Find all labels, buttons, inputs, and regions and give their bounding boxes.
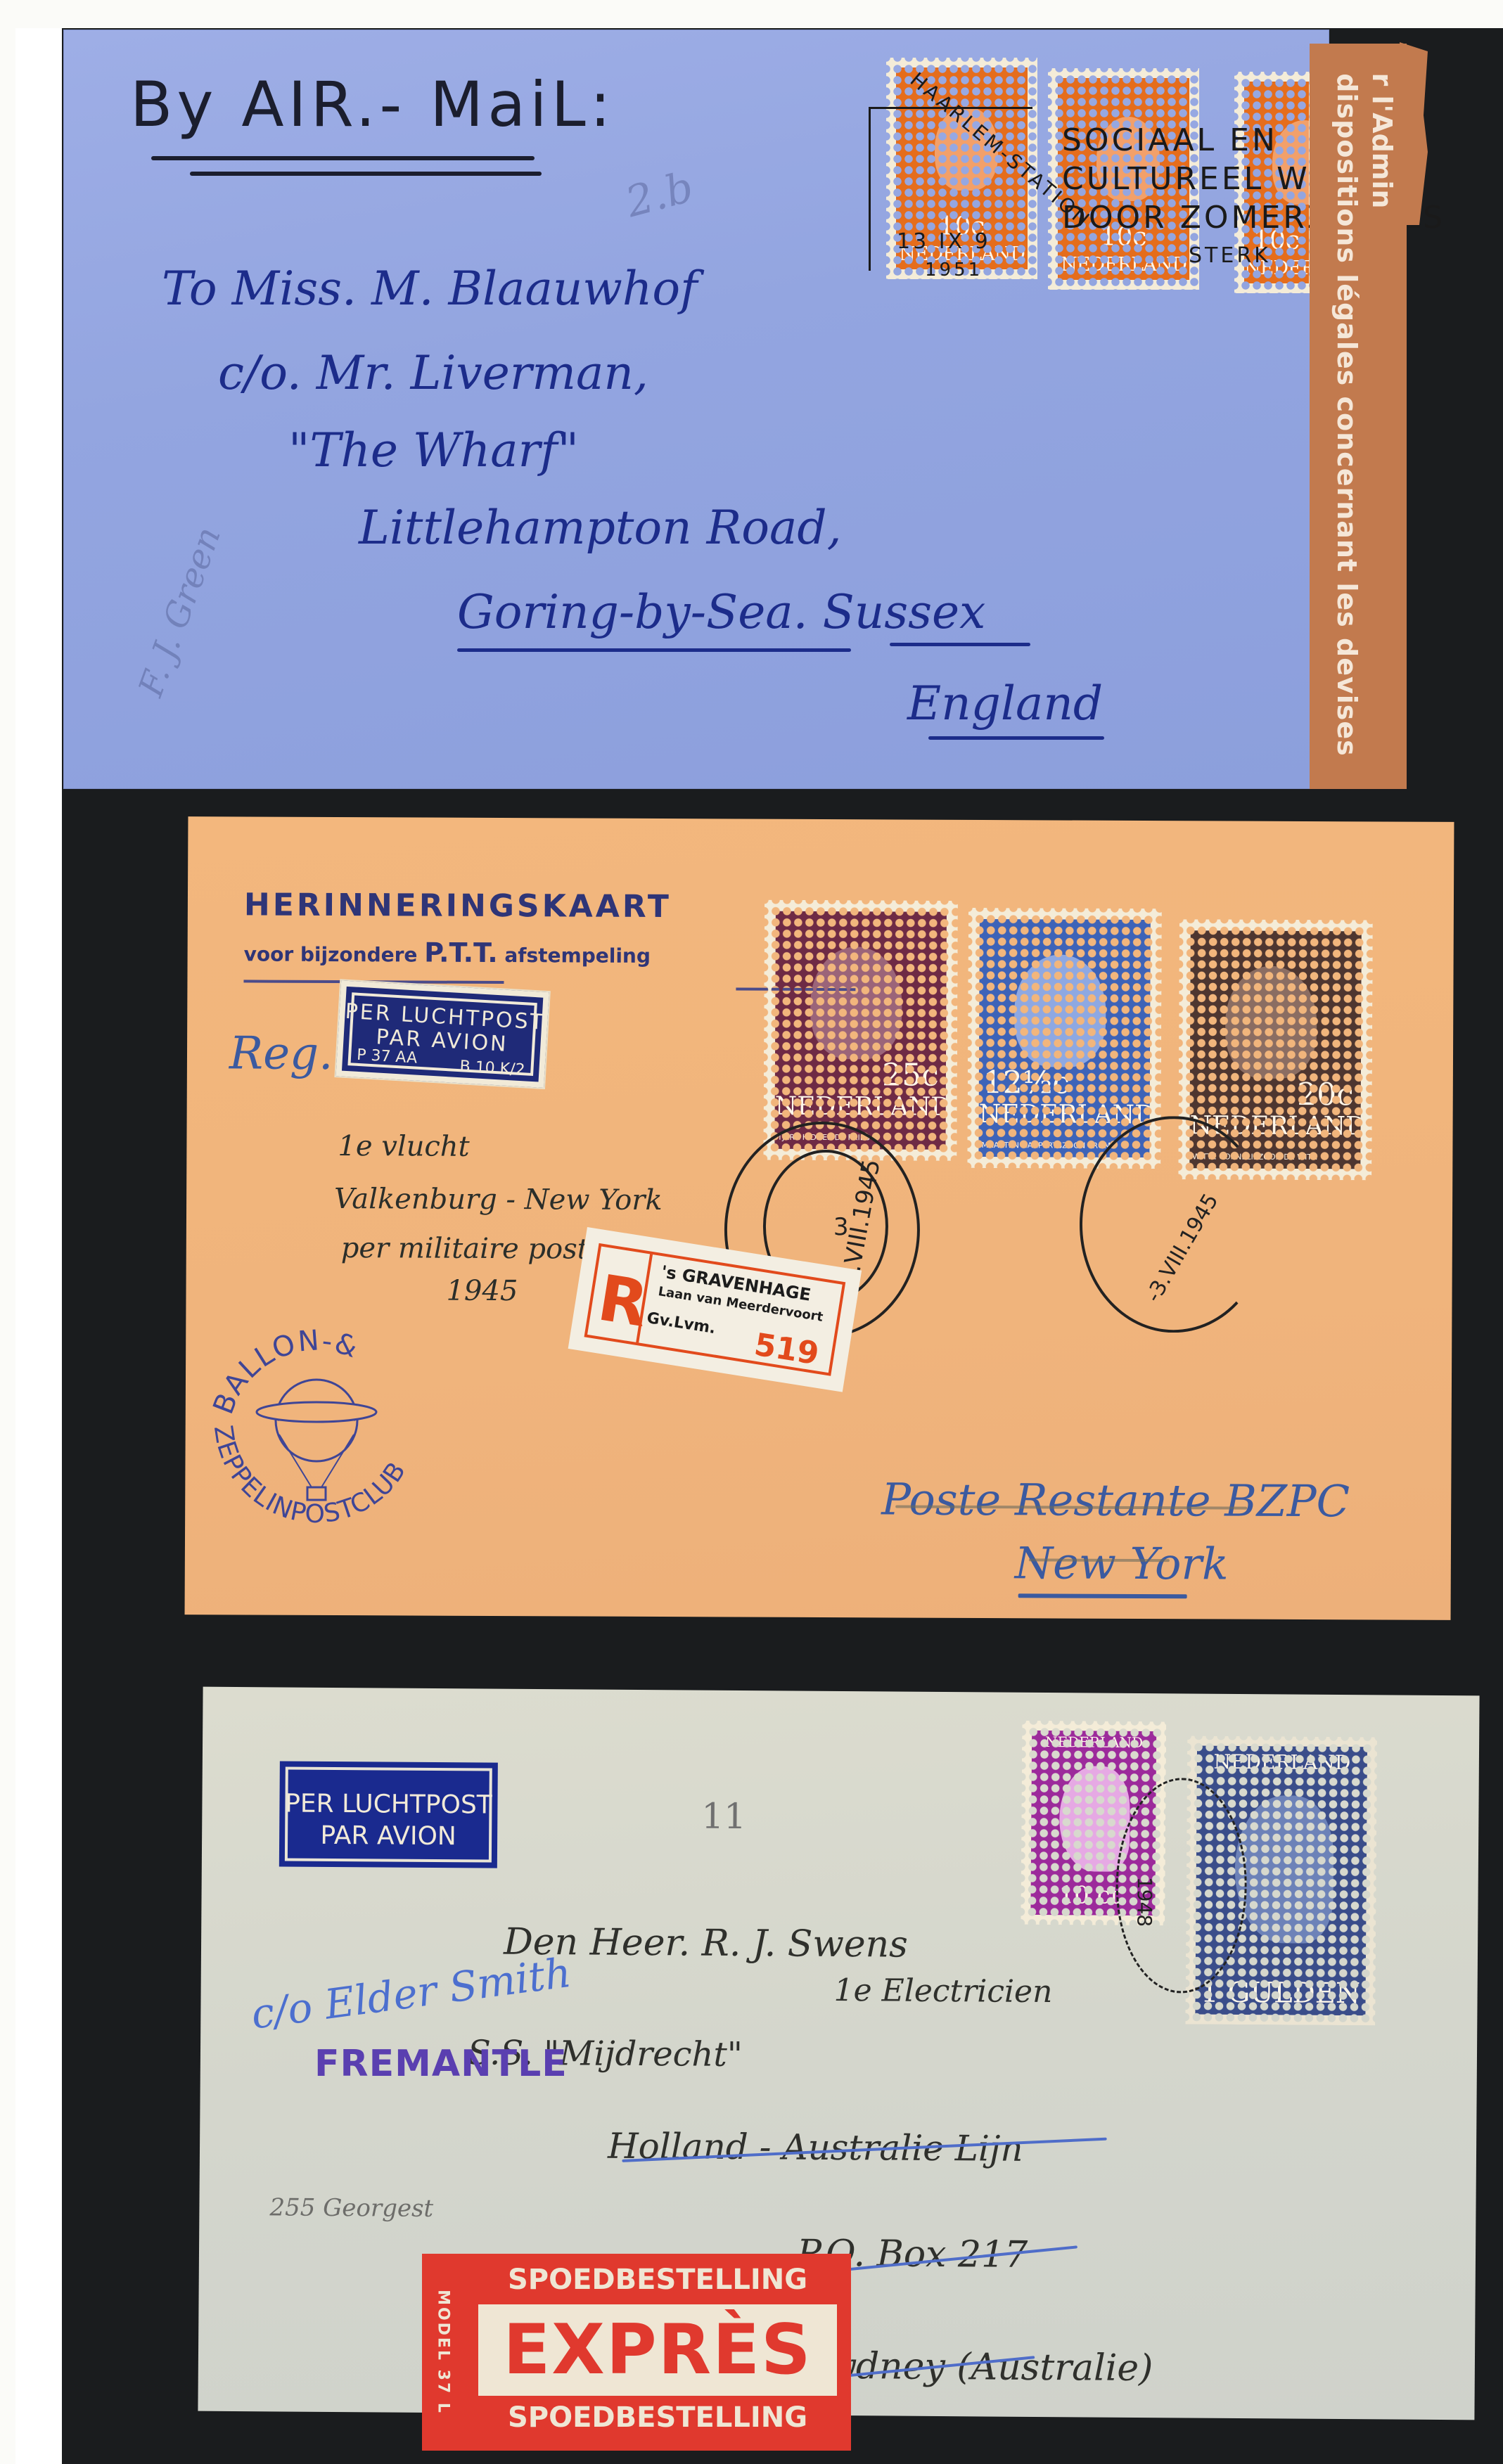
address-line: To Miss. M. Blaauwhof (162, 262, 698, 316)
address-line: Poste Restante BZPC (881, 1473, 1350, 1527)
postmark-hour: 3 (833, 1213, 849, 1241)
address-line: New York (1015, 1537, 1229, 1589)
address-line: Goring-by-Sea. Sussex (457, 585, 985, 639)
registration-code: Gv.Lvm. (646, 1309, 717, 1337)
admiral-portrait (1014, 954, 1106, 1067)
express-top-text: SPOEDBESTELLING (478, 2264, 837, 2296)
pencil-reg-note: Reg. (229, 1027, 333, 1080)
seal-bottom-text: ZEPPELINPOSTCLUB (208, 1423, 412, 1529)
pencil-mark: 11 (701, 1796, 746, 1837)
flight-note: Valkenburg - New York (334, 1183, 663, 1217)
flight-note: 1945 (446, 1275, 518, 1307)
address-line: Sydney (Australie) (810, 2345, 1153, 2389)
scanner-margin-top (0, 0, 1503, 28)
address-line: 1e Electricien (833, 1972, 1052, 2010)
stamp-de-fries-25c: 25c NEDERLAND TJERK HIDDES DE FRIES (763, 900, 958, 1161)
airmail-label: PER LUCHTPOST PAR AVION P 37 AA B 10 K/2 (336, 980, 549, 1088)
address-underline (890, 643, 1030, 646)
address-underline (457, 648, 851, 652)
svg-text:ZEPPELINPOSTCLUB: ZEPPELINPOSTCLUB (208, 1423, 412, 1529)
address-line: England (907, 676, 1103, 731)
pencil-note: 255 Georgest (269, 2193, 433, 2223)
admiral-portrait (810, 947, 902, 1060)
card-subtitle: voor bijzondere P.T.T. afstempeling (244, 936, 651, 969)
express-bottom-text: SPOEDBESTELLING (478, 2401, 837, 2434)
ballon-zeppelin-club-seal: BALLON-& ZEPPELINPOSTCLUB (200, 1315, 433, 1547)
flight-note: per militaire post (341, 1232, 589, 1266)
scanner-margin-left (0, 0, 15, 2464)
flight-note: 1e vlucht (338, 1130, 469, 1163)
express-inner-panel: EXPRÈS (478, 2304, 837, 2396)
censor-text: dispositions légales concernant les devi… (1331, 73, 1362, 757)
address-underline (1018, 1593, 1187, 1598)
express-main-text: EXPRÈS (478, 2310, 837, 2390)
header-underline-2 (190, 172, 542, 176)
postmark-slogan-tail: STERK (1189, 233, 1271, 278)
address-line: "The Wharf" (288, 423, 579, 477)
censor-text-top: r l'Admin (1367, 73, 1398, 209)
address-underline (928, 736, 1104, 740)
registration-number: 519 (752, 1327, 821, 1373)
header-underline (151, 156, 535, 160)
pencil-note: 2.b (621, 162, 699, 227)
express-model-code: MODEL 37 L (435, 2290, 452, 2415)
postmark-year: 1948 (1132, 1877, 1156, 1927)
express-label: SPOEDBESTELLING EXPRÈS SPOEDBESTELLING M… (422, 2254, 851, 2451)
address-line: Holland - Australie Lijn (608, 2126, 1023, 2169)
redirect-note: c/o Elder Smith (248, 1949, 574, 2039)
fremantle-handstamp: FREMANTLE (314, 2043, 568, 2085)
circular-postmark-2 (1079, 1116, 1268, 1333)
card-title: HERINNERINGSKAART (244, 887, 672, 925)
pencil-side-note: F. J. Green (131, 522, 229, 701)
queen-portrait (1234, 1795, 1333, 1944)
admiral-portrait (1225, 966, 1317, 1079)
pencil-strikethrough (1029, 1558, 1170, 1562)
by-air-mail-header: By AIR.- MaiL: (130, 68, 615, 141)
airmail-label: PER LUCHTPOST PAR AVION (279, 1761, 498, 1868)
airmail-envelope-blue: By AIR.- MaiL: 2.b F. J. Green To Miss. … (63, 30, 1329, 789)
address-line: c/o. Mr. Liverman, (218, 346, 648, 400)
postmark-year: 1951 (925, 248, 983, 293)
address-line: Littlehampton Road, (359, 501, 842, 555)
